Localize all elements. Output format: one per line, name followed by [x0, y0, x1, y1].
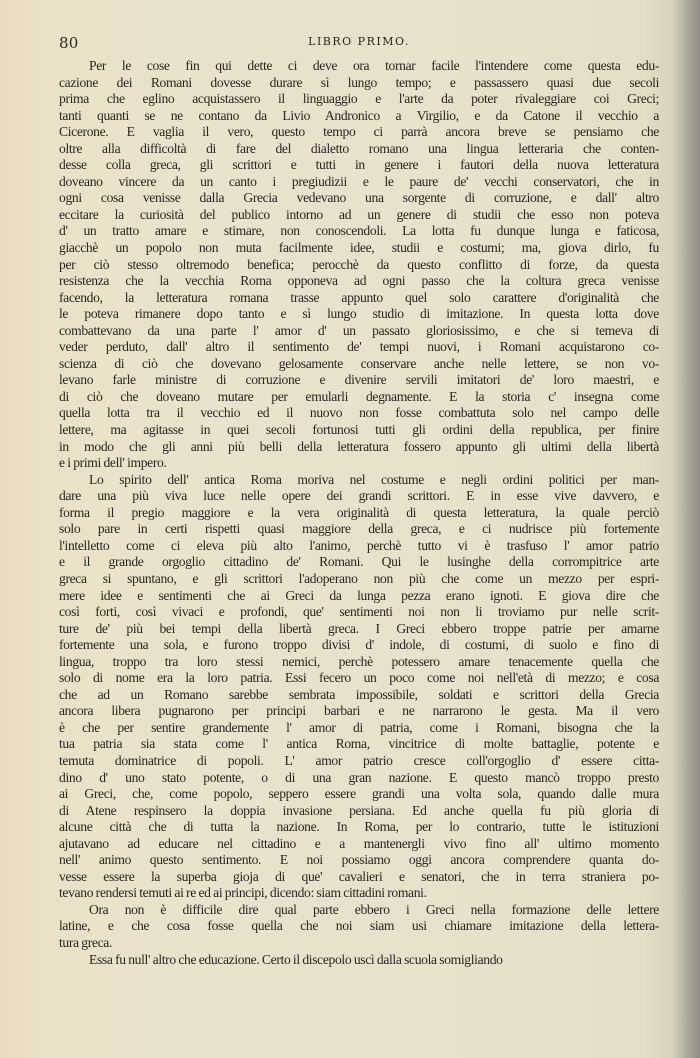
text-line: combattevano da una parte l' amor d' un …	[59, 323, 659, 340]
text-line: tevano rendersi temuti ai re ed ai princ…	[59, 885, 659, 902]
text-line: dino d' uno stato potente, o di una gran…	[59, 770, 659, 787]
text-line: dare una più viva luce nelle opere dei g…	[59, 488, 659, 505]
text-line: ture de' più bei tempi della libertà gre…	[59, 621, 659, 638]
text-line: e i primi dell' impero.	[59, 455, 659, 472]
text-line: greca si spuntano, e gli scrittori l'ado…	[59, 571, 659, 588]
text-line: l'intelletto come ci eleva più alto l'an…	[59, 538, 659, 555]
text-line: scienza di ciò che dovevano gelosamente …	[59, 356, 659, 373]
text-line: per ciò stesso oltremodo benefica; peroc…	[59, 257, 659, 274]
text-line: resistenza che la vecchia Roma opponeva …	[59, 273, 659, 290]
body-text: Per le cose fin qui dette ci deve ora to…	[59, 58, 659, 968]
text-line: in modo che gli anni più belli della let…	[59, 439, 659, 456]
text-line: forma il pregio maggiore e la vera origi…	[59, 505, 659, 522]
text-line: Ora non è difficile dire qual parte ebbe…	[59, 902, 659, 919]
paragraph: Essa fu null' altro che educazione. Cert…	[59, 952, 659, 969]
text-line: facendo, la letteratura romana trasse ap…	[59, 290, 659, 307]
text-line: solo di nome era la loro patria. Essi fe…	[59, 670, 659, 687]
paragraph: Per le cose fin qui dette ci deve ora to…	[59, 58, 659, 472]
text-line: fortemente una sola, e furono troppo div…	[59, 637, 659, 654]
text-line: è che per sentire grandemente l' amor di…	[59, 720, 659, 737]
paragraph: Ora non è difficile dire qual parte ebbe…	[59, 902, 659, 952]
text-line: alcune città che di tutta la nazione. In…	[59, 819, 659, 836]
text-line: di Atene respinsero la doppia invasione …	[59, 803, 659, 820]
text-line: veder perduto, dall' altro il sentimento…	[59, 339, 659, 356]
text-line: latine, e che cosa fosse quella che noi …	[59, 918, 659, 935]
text-line: quella lotta tra il vecchio ed il nuovo …	[59, 405, 659, 422]
text-line: Lo spirito dell' antica Roma moriva nel …	[59, 472, 659, 489]
running-head: 80 LIBRO PRIMO.	[59, 34, 659, 52]
text-line: ajutavano ad educare nel cittadino e a m…	[59, 836, 659, 853]
text-line: lettere, ma agitasse in quei secoli fort…	[59, 422, 659, 439]
text-line: le poteva rimanere dopo tanto e sì lungo…	[59, 306, 659, 323]
text-line: doveano vincere da un canto i pregiudizi…	[59, 174, 659, 191]
text-line: di ciò che doveano mutare per emularli d…	[59, 389, 659, 406]
text-line: così forti, così vivaci e profondi, que'…	[59, 604, 659, 621]
text-line: mere idee e sentimenti che ai Greci da l…	[59, 588, 659, 605]
text-line: prima che eglino acquistassero il lingua…	[59, 91, 659, 108]
text-line: Essa fu null' altro che educazione. Cert…	[59, 952, 659, 969]
text-line: e il grande orgoglio cittadino de' Roman…	[59, 554, 659, 571]
text-line: lingua, troppo tra loro stessi nemici, p…	[59, 654, 659, 671]
text-line: ancora libera pugnarono per principi bar…	[59, 703, 659, 720]
text-line: giacchè un popolo non muta facilmente id…	[59, 240, 659, 257]
text-line: levano farle ministre di corruzione e di…	[59, 372, 659, 389]
text-line: nell' animo questo sentimento. E noi pos…	[59, 852, 659, 869]
text-line: tanti quanti se ne contano da Livio Andr…	[59, 108, 659, 125]
text-line: ai Greci, che, come popolo, seppero esse…	[59, 786, 659, 803]
paragraph: Lo spirito dell' antica Roma moriva nel …	[59, 472, 659, 902]
text-line: eccitare la curiosità del publico intorn…	[59, 207, 659, 224]
text-line: tura greca.	[59, 935, 659, 952]
text-line: desse colla greca, gli scrittori e tutti…	[59, 157, 659, 174]
text-line: tua patria sia stata come l' antica Roma…	[59, 736, 659, 753]
text-line: cazione dei Romani dovesse durare sì lun…	[59, 75, 659, 92]
text-line: temuta dominatrice di popoli. L' amor pa…	[59, 753, 659, 770]
text-line: oltre alla difficoltà di fare del dialet…	[59, 141, 659, 158]
text-line: Per le cose fin qui dette ci deve ora to…	[59, 58, 659, 75]
running-title: LIBRO PRIMO.	[59, 35, 659, 48]
text-line: Cicerone. E vaglia il vero, questo tempo…	[59, 124, 659, 141]
text-line: d' un tratto amare e stimare, non conosc…	[59, 223, 659, 240]
text-line: solo pare in certi rispetti quasi maggio…	[59, 521, 659, 538]
text-line: ogni cosa venisse dalla Grecia vedevano …	[59, 190, 659, 207]
text-line: vesse essere la superba gioja di que' ca…	[59, 869, 659, 886]
text-line: che ad un Romano sarebbe sembrata imposs…	[59, 687, 659, 704]
